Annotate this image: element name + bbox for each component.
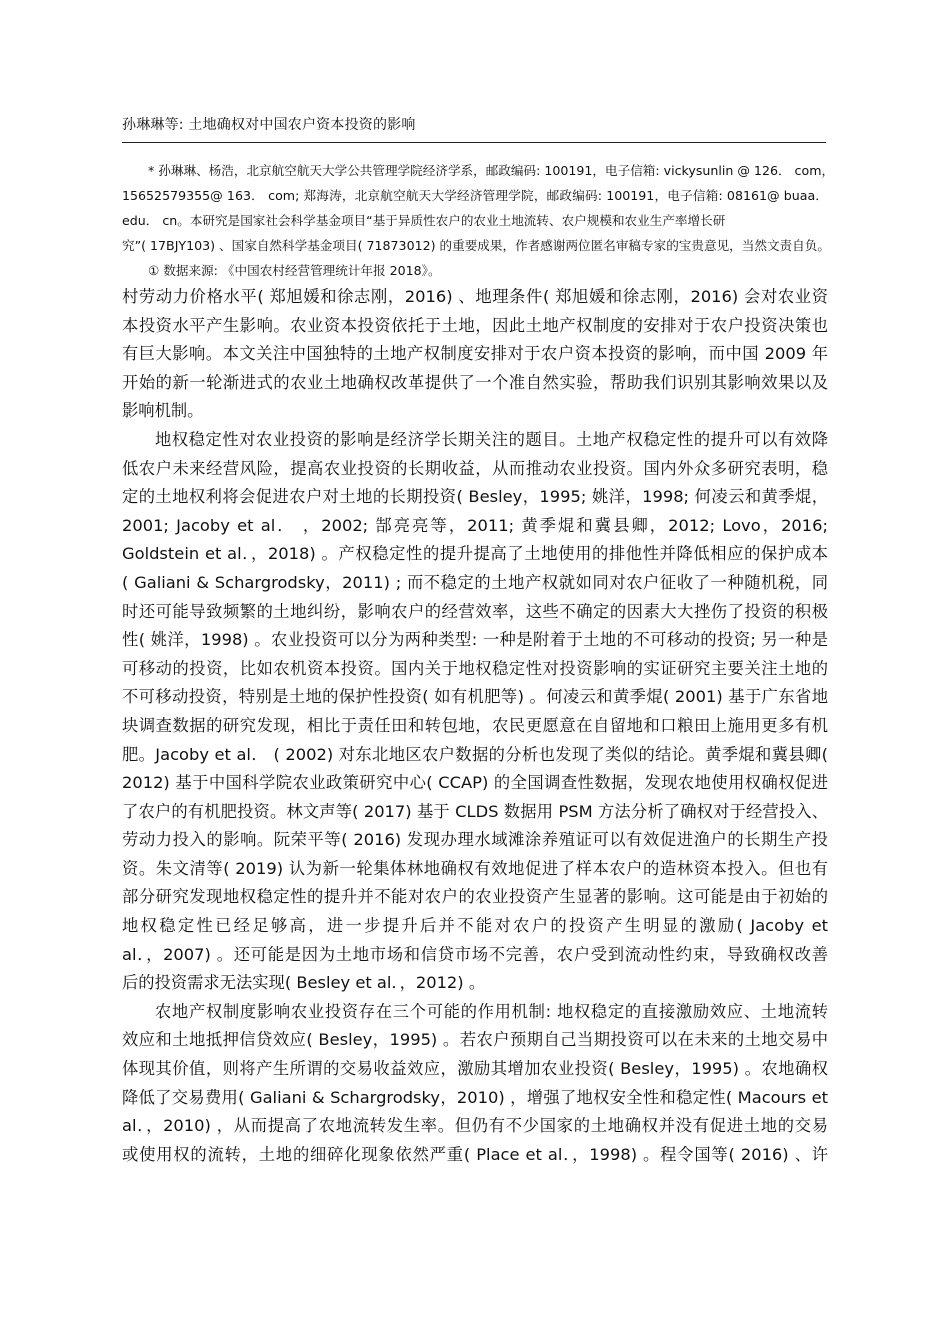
- text-line: 降低了交易费用( Galiani & Schargrodsky，2010) ，增…: [122, 1084, 828, 1113]
- text-line: 劳动力投入的影响。阮荣平等( 2016) 发现办理水域滩涂养殖证可以有效促进渔户…: [122, 826, 828, 855]
- text-line: 地权稳定性对农业投资的影响是经济学长期关注的题目。土地产权稳定性的提升可以有效降: [122, 426, 828, 455]
- text-line: 有巨大影响。本文关注中国独特的土地产权制度安排对于农户资本投资的影响，而中国 2…: [122, 340, 828, 369]
- body-text: 村劳动力价格水平( 郑旭媛和徐志刚，2016) 、地理条件( 郑旭媛和徐志刚，2…: [122, 283, 828, 1169]
- text-line: 不可移动投资，特别是土地的保护性投资( 如有机肥等) 。何凌云和黄季焜( 200…: [122, 683, 828, 712]
- text-line: al．，2007) 。还可能是因为土地市场和信贷市场不完善，农户受到流动性约束，…: [122, 941, 828, 970]
- footnote-line: 究”( 17BJY103) 、国家自然科学基金项目( 71873012) 的重要…: [122, 233, 828, 258]
- text-line: 资。朱文清等( 2019) 认为新一轮集体林地确权有效地促进了样本农户的造林资本…: [122, 855, 828, 884]
- text-line: 本投资水平产生影响。农业资本投资依托于土地，因此土地产权制度的安排对于农户投资决…: [122, 312, 828, 341]
- text-line: al．，2010) ，从而提高了农地流转发生率。但仍有不少国家的土地确权并没有促…: [122, 1112, 828, 1141]
- footnote-line: 15652579355@ 163． com; 郑海涛，北京航空航天大学经济管理学…: [122, 183, 828, 208]
- author-footnote: * 孙琳琳、杨浩，北京航空航天大学公共管理学院经济学系，邮政编码: 100191…: [122, 158, 828, 258]
- text-line: 体现其价值，则将产生所谓的交易收益效应，激励其增加农业投资( Besley，19…: [122, 1055, 828, 1084]
- header-rule: [122, 142, 826, 143]
- data-source-footnote: ① 数据来源: 《中国农村经营管理统计年报 2018》。: [122, 258, 828, 283]
- text-line: 肥。Jacoby et al． ( 2002) 对东北地区农户数据的分析也发现了…: [122, 741, 828, 770]
- running-head: 孙琳琳等: 土地确权对中国农户资本投资的影响: [122, 114, 416, 134]
- text-line: 地权稳定性已经足够高，进一步提升后并不能对农户的投资产生明显的激励( Jacob…: [122, 912, 828, 941]
- paragraph-2: 地权稳定性对农业投资的影响是经济学长期关注的题目。土地产权稳定性的提升可以有效降…: [122, 426, 828, 998]
- paragraph-3: 农地产权制度影响农业投资存在三个可能的作用机制: 地权稳定的直接激励效应、土地流…: [122, 998, 828, 1170]
- paragraph-1: 村劳动力价格水平( 郑旭媛和徐志刚，2016) 、地理条件( 郑旭媛和徐志刚，2…: [122, 283, 828, 426]
- text-line: 定的土地权利将会促进农户对土地的长期投资( Besley，1995; 姚洋，19…: [122, 483, 828, 512]
- text-line: 时还可能导致频繁的土地纠纷，影响农户的经营效率，这些不确定的因素大大挫伤了投资的…: [122, 598, 828, 627]
- text-line: 影响机制。: [122, 397, 828, 426]
- text-line: 性( 姚洋，1998) 。农业投资可以分为两种类型: 一种是附着于土地的不可移动…: [122, 626, 828, 655]
- text-line: ( Galiani & Schargrodsky，2011) ; 而不稳定的土地…: [122, 569, 828, 598]
- footnote-line: edu． cn。本研究是国家社会科学基金项目“基于异质性农户的农业土地流转、农户…: [122, 208, 828, 233]
- text-line: 农地产权制度影响农业投资存在三个可能的作用机制: 地权稳定的直接激励效应、土地流…: [122, 998, 828, 1027]
- text-line: 开始的新一轮渐进式的农业土地确权改革提供了一个准自然实验，帮助我们识别其影响效果…: [122, 369, 828, 398]
- text-line: 低农户未来经营风险，提高农业投资的长期收益，从而推动农业投资。国内外众多研究表明…: [122, 455, 828, 484]
- text-line: 效应和土地抵押信贷效应( Besley，1995) 。若农户预期自己当期投资可以…: [122, 1026, 828, 1055]
- text-line: 后的投资需求无法实现( Besley et al．，2012) 。: [122, 969, 828, 998]
- text-line: 块调查数据的研究发现，相比于责任田和转包地，农民更愿意在自留地和口粮田上施用更多…: [122, 712, 828, 741]
- text-line: 村劳动力价格水平( 郑旭媛和徐志刚，2016) 、地理条件( 郑旭媛和徐志刚，2…: [122, 283, 828, 312]
- text-line: 2001; Jacoby et al． ，2002; 郜亮亮等，2011; 黄季…: [122, 512, 828, 541]
- text-line: 或使用权的流转，土地的细碎化现象依然严重( Place et al．，1998)…: [122, 1141, 828, 1170]
- text-line: 部分研究发现地权稳定性的提升并不能对农户的农业投资产生显著的影响。这可能是由于初…: [122, 883, 828, 912]
- text-line: Goldstein et al．，2018) 。产权稳定性的提升提高了土地使用的…: [122, 540, 828, 569]
- footnotes: * 孙琳琳、杨浩，北京航空航天大学公共管理学院经济学系，邮政编码: 100191…: [122, 158, 828, 283]
- text-line: 可移动的投资，比如农机资本投资。国内关于地权稳定性对投资影响的实证研究主要关注土…: [122, 655, 828, 684]
- footnote-line: * 孙琳琳、杨浩，北京航空航天大学公共管理学院经济学系，邮政编码: 100191…: [122, 158, 828, 183]
- text-line: 了农户的有机肥投资。林文声等( 2017) 基于 CLDS 数据用 PSM 方法…: [122, 798, 828, 827]
- text-line: 2012) 基于中国科学院农业政策研究中心( CCAP) 的全国调查性数据，发现…: [122, 769, 828, 798]
